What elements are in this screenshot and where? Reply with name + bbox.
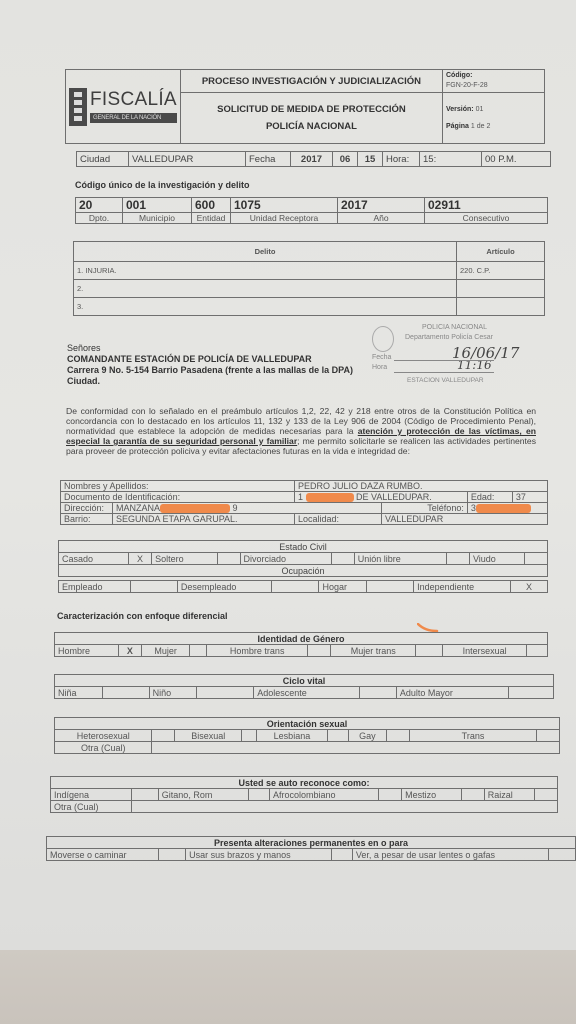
option-hogar-check[interactable] xyxy=(367,581,414,593)
orientacion-sexual-table: Orientación sexual Heterosexual Bisexual… xyxy=(54,717,560,754)
option-nina-label: Niña xyxy=(55,687,103,699)
option-casado-label: Casado xyxy=(59,553,129,565)
orientacion-otra-field[interactable] xyxy=(152,742,560,754)
estado-civil-table: Estado Civil Casado X Soltero Divorciado… xyxy=(58,540,548,577)
option-union-libre-label: Unión libre xyxy=(354,553,446,565)
auto-reconoce-otra-label: Otra (Cual) xyxy=(51,801,132,813)
recipient-block: Señores COMANDANTE ESTACIÓN DE POLICÍA D… xyxy=(67,343,353,387)
fecha-year-field[interactable]: 2017 xyxy=(291,152,333,167)
ocupacion-title: Ocupación xyxy=(59,565,548,577)
direccion-prefix: MANZANA xyxy=(116,503,160,513)
option-mujer-trans-label: Mujer trans xyxy=(331,645,416,657)
redaction-mark xyxy=(160,504,230,513)
stamp-line1: POLICIA NACIONAL xyxy=(422,324,487,331)
option-raizal-check[interactable] xyxy=(535,789,558,801)
option-adulto-mayor-label: Adulto Mayor xyxy=(396,687,508,699)
barrio-label: Barrio: xyxy=(61,514,113,525)
ocupacion-table: Empleado Desempleado Hogar Independiente… xyxy=(58,580,548,593)
option-lesbiana-label: Lesbiana xyxy=(257,730,328,742)
codigo-cell: Código: FGN-20-F-28 xyxy=(443,70,545,93)
option-gitano-check[interactable] xyxy=(249,789,270,801)
auto-reconoce-table: Usted se auto reconoce como: Indígena Gi… xyxy=(50,776,558,813)
stamp-line2: Departamento Policía Cesar xyxy=(405,334,493,341)
option-nino-label: Niño xyxy=(149,687,197,699)
option-nino-check[interactable] xyxy=(197,687,254,699)
form-title: SOLICITUD DE MEDIDA DE PROTECCIÓN POLICÍ… xyxy=(180,93,442,144)
option-afrocolombiano-label: Afrocolombiano xyxy=(270,789,379,801)
option-nina-check[interactable] xyxy=(102,687,149,699)
codigo-unico-label: Código único de la investigación y delit… xyxy=(75,180,250,190)
stamp-fecha-label: Fecha xyxy=(372,354,391,361)
fecha-label: Fecha xyxy=(246,152,291,167)
option-viudo-check[interactable] xyxy=(525,553,548,565)
documento-label: Documento de Identificación: xyxy=(61,492,295,503)
option-independiente-label: Independiente xyxy=(414,581,511,593)
identidad-genero-table: Identidad de Género Hombre X Mujer Hombr… xyxy=(54,632,548,657)
option-adulto-mayor-check[interactable] xyxy=(509,687,554,699)
option-hombre-check[interactable]: X xyxy=(118,645,141,657)
option-soltero-check[interactable] xyxy=(217,553,240,565)
option-divorciado-label: Divorciado xyxy=(240,553,331,565)
codigo-municipio-label: Municipio xyxy=(123,213,192,224)
redaction-mark xyxy=(476,504,531,513)
codigo-consecutivo-value[interactable]: 02911 xyxy=(425,198,548,213)
version-label: Versión: xyxy=(446,106,474,113)
legal-paragraph: De conformidad con lo señalado en el pre… xyxy=(66,406,536,456)
stamp-station: ESTACION VALLEDUPAR xyxy=(407,377,484,384)
recipient-name: COMANDANTE ESTACIÓN DE POLICÍA DE VALLED… xyxy=(67,354,353,365)
auto-reconoce-otra-field[interactable] xyxy=(131,801,557,813)
codigo-unico-table: 20 001 600 1075 2017 02911 Dpto. Municip… xyxy=(75,197,548,224)
codigo-ano-value[interactable]: 2017 xyxy=(338,198,425,213)
option-trans-label: Trans xyxy=(410,730,537,742)
codigo-value: FGN-20-F-28 xyxy=(446,82,488,89)
city-date-row: Ciudad VALLEDUPAR Fecha 2017 06 15 Hora:… xyxy=(76,151,551,167)
option-hombre-label: Hombre xyxy=(55,645,119,657)
option-desempleado-check[interactable] xyxy=(272,581,319,593)
option-hombre-trans-label: Hombre trans xyxy=(207,645,308,657)
edad-label: Edad: xyxy=(467,492,512,503)
pagina-label: Página xyxy=(446,123,469,130)
alteraciones-table: Presenta alteraciones permanentes en o p… xyxy=(46,836,576,861)
version-page-cell: Versión: 01 Página 1 de 2 xyxy=(443,93,545,144)
option-gitano-label: Gitano, Rom xyxy=(158,789,248,801)
ciclo-vital-table: Ciclo vital Niña Niño Adolescente Adulto… xyxy=(54,674,554,699)
orientacion-otra-label: Otra (Cual) xyxy=(55,742,152,754)
form-header: FISCALÍA GENERAL DE LA NACIÓN PROCESO IN… xyxy=(65,69,545,144)
logo-cell: FISCALÍA GENERAL DE LA NACIÓN xyxy=(66,70,181,144)
fecha-month-field[interactable]: 06 xyxy=(333,152,358,167)
option-mujer-label: Mujer xyxy=(141,645,189,657)
documento-prefix: 1 xyxy=(298,492,303,502)
hora-field[interactable]: 15: xyxy=(420,152,482,167)
codigo-unidad-label: Unidad Receptora xyxy=(231,213,338,224)
process-title: PROCESO INVESTIGACIÓN Y JUDICIALIZACIÓN xyxy=(180,70,442,93)
recipient-address: Carrera 9 No. 5-154 Barrio Pasadena (fre… xyxy=(67,365,353,376)
ciclo-vital-title: Ciclo vital xyxy=(55,675,554,687)
codigo-consecutivo-label: Consecutivo xyxy=(425,213,548,224)
articulo-cell[interactable] xyxy=(457,280,545,298)
option-intersexual-check[interactable] xyxy=(527,645,548,657)
option-moverse-label: Moverse o caminar xyxy=(47,849,159,861)
police-seal-icon xyxy=(372,326,394,352)
codigo-dpto-label: Dpto. xyxy=(76,213,123,224)
stamp-fecha-line xyxy=(394,360,494,361)
table-row: 3. xyxy=(74,298,545,316)
direccion-field[interactable]: MANZANA 9 xyxy=(113,503,382,514)
option-soltero-label: Soltero xyxy=(152,553,217,565)
barrio-field[interactable]: SEGUNDA ETAPA GARUPAL. xyxy=(113,514,295,525)
pagina-value: 1 de 2 xyxy=(471,123,490,130)
articulo-cell[interactable]: 220. C.P. xyxy=(457,262,545,280)
redaction-mark xyxy=(306,493,354,502)
articulo-header: Artículo xyxy=(457,242,545,262)
option-ver-label: Ver, a pesar de usar lentes o gafas xyxy=(352,849,548,861)
background-surface xyxy=(0,950,576,1024)
direccion-label: Dirección: xyxy=(61,503,113,514)
option-adolescente-check[interactable] xyxy=(359,687,396,699)
option-indigena-check[interactable] xyxy=(131,789,158,801)
option-desempleado-label: Desempleado xyxy=(177,581,272,593)
form-title-line1: SOLICITUD DE MEDIDA DE PROTECCIÓN xyxy=(217,104,406,115)
codigo-entidad-label: Entidad xyxy=(192,213,231,224)
minutes-field[interactable]: 00 P.M. xyxy=(482,152,551,167)
option-raizal-label: Raizal xyxy=(484,789,534,801)
direccion-suffix: 9 xyxy=(233,503,238,513)
version-value: 01 xyxy=(476,106,484,113)
option-independiente-check[interactable]: X xyxy=(511,581,548,593)
salutation: Señores xyxy=(67,343,353,354)
option-casado-check[interactable]: X xyxy=(129,553,152,565)
option-brazos-label: Usar sus brazos y manos xyxy=(186,849,332,861)
localidad-field[interactable]: VALLEDUPAR xyxy=(382,514,548,525)
auto-reconoce-title: Usted se auto reconoce como: xyxy=(51,777,558,789)
documento-suffix: DE VALLEDUPAR. xyxy=(356,492,432,502)
option-hombre-trans-check[interactable] xyxy=(308,645,331,657)
option-intersexual-label: Intersexual xyxy=(443,645,527,657)
option-heterosexual-check[interactable] xyxy=(152,730,175,742)
hora-label: Hora: xyxy=(383,152,420,167)
identidad-genero-title: Identidad de Género xyxy=(55,633,548,645)
option-gay-check[interactable] xyxy=(387,730,410,742)
localidad-label: Localidad: xyxy=(295,514,382,525)
option-bisexual-label: Bisexual xyxy=(175,730,242,742)
table-row: 1. INJURIA. 220. C.P. xyxy=(74,262,545,280)
codigo-municipio-value[interactable]: 001 xyxy=(123,198,192,213)
option-union-libre-check[interactable] xyxy=(446,553,469,565)
recipient-city: Ciudad. xyxy=(67,376,353,387)
reception-stamp: POLICIA NACIONAL Departamento Policía Ce… xyxy=(372,322,532,384)
delito-table: Delito Artículo 1. INJURIA. 220. C.P. 2.… xyxy=(73,241,545,316)
ciudad-label: Ciudad xyxy=(77,152,129,167)
codigo-unidad-value[interactable]: 1075 xyxy=(231,198,338,213)
orientacion-title: Orientación sexual xyxy=(55,718,560,730)
stamp-hora-label: Hora xyxy=(372,364,387,371)
logo-subtitle: GENERAL DE LA NACIÓN xyxy=(90,113,177,123)
option-divorciado-check[interactable] xyxy=(331,553,354,565)
option-gay-label: Gay xyxy=(348,730,386,742)
stamp-hora-line xyxy=(394,372,494,373)
delito-header: Delito xyxy=(74,242,457,262)
telefono-label: Teléfono: xyxy=(382,503,468,514)
option-empleado-label: Empleado xyxy=(59,581,131,593)
delito-cell[interactable]: 2. xyxy=(74,280,457,298)
codigo-dpto-value[interactable]: 20 xyxy=(76,198,123,213)
codigo-ano-label: Año xyxy=(338,213,425,224)
option-heterosexual-label: Heterosexual xyxy=(55,730,152,742)
delito-cell[interactable]: 3. xyxy=(74,298,457,316)
option-empleado-check[interactable] xyxy=(130,581,177,593)
nombres-label: Nombres y Apellidos: xyxy=(61,481,295,492)
codigo-entidad-value[interactable]: 600 xyxy=(192,198,231,213)
form-title-line2: POLICÍA NACIONAL xyxy=(266,121,357,132)
delito-cell[interactable]: 1. INJURIA. xyxy=(74,262,457,280)
personal-data-table: Nombres y Apellidos: PEDRO JULIO DAZA RU… xyxy=(60,480,548,525)
option-adolescente-label: Adolescente xyxy=(254,687,360,699)
telefono-field[interactable]: 3 xyxy=(467,503,547,514)
caracterizacion-title: Caracterización con enfoque diferencial xyxy=(57,611,228,621)
ciudad-field[interactable]: VALLEDUPAR xyxy=(129,152,246,167)
codigo-label: Código: xyxy=(446,72,472,79)
alteraciones-title: Presenta alteraciones permanentes en o p… xyxy=(47,837,576,849)
option-ver-check[interactable] xyxy=(549,849,576,861)
option-hogar-label: Hogar xyxy=(319,581,367,593)
option-trans-check[interactable] xyxy=(537,730,560,742)
edad-field[interactable]: 37 xyxy=(512,492,547,503)
option-moverse-check[interactable] xyxy=(159,849,186,861)
option-indigena-label: Indígena xyxy=(51,789,132,801)
nombres-field[interactable]: PEDRO JULIO DAZA RUMBO. xyxy=(295,481,548,492)
option-viudo-label: Viudo xyxy=(469,553,524,565)
fiscalia-logo: FISCALÍA GENERAL DE LA NACIÓN xyxy=(69,88,177,126)
option-mujer-trans-check[interactable] xyxy=(416,645,443,657)
documento-field[interactable]: 1 DE VALLEDUPAR. xyxy=(295,492,468,503)
table-row: 2. xyxy=(74,280,545,298)
estado-civil-title: Estado Civil xyxy=(59,541,548,553)
articulo-cell[interactable] xyxy=(457,298,545,316)
option-brazos-check[interactable] xyxy=(331,849,352,861)
option-mestizo-label: Mestizo xyxy=(402,789,462,801)
option-bisexual-check[interactable] xyxy=(242,730,257,742)
option-mestizo-check[interactable] xyxy=(461,789,484,801)
fecha-day-field[interactable]: 15 xyxy=(358,152,383,167)
option-lesbiana-check[interactable] xyxy=(327,730,348,742)
logo-name: FISCALÍA xyxy=(90,89,177,110)
option-afrocolombiano-check[interactable] xyxy=(379,789,402,801)
emblem-icon xyxy=(69,88,87,126)
option-mujer-check[interactable] xyxy=(190,645,207,657)
